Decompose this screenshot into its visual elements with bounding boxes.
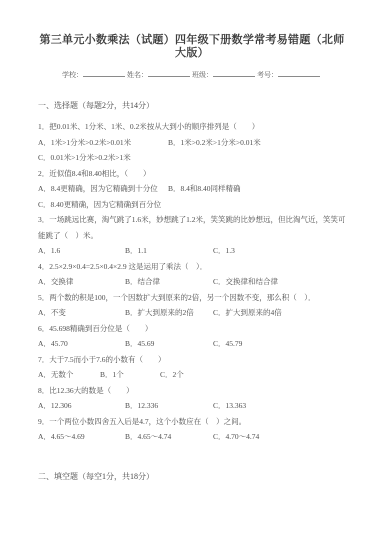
question-2-option-b: B．8.4和8.40同样精确 xyxy=(168,181,241,197)
question-4-options-row: A．交换律 B．结合律 C．交换律和结合律 xyxy=(38,274,346,290)
question-6: 6．45.698精确到百分位是（ ） A．45.70 B．45.69 C．45.… xyxy=(38,321,346,352)
question-3-stem: 3．一场跳远比赛，淘气跳了1.6米，妙想跳了1.2米，笑笑跳的比妙想远，但比淘气… xyxy=(38,212,346,243)
question-8-stem: 8．比12.36大的数是（ ） xyxy=(38,383,346,399)
student-info-line: 学校：姓名：班级：考号： xyxy=(38,68,346,80)
question-6-option-b: B．45.69 xyxy=(125,336,213,352)
question-5: 5．两个数的积是100，一个因数扩大到原来的2倍，另一个因数不变，那么积（ ）．… xyxy=(38,290,346,321)
question-8-option-b: B．12.336 xyxy=(125,398,213,414)
question-5-stem: 5．两个数的积是100，一个因数扩大到原来的2倍，另一个因数不变，那么积（ ）． xyxy=(38,290,346,306)
question-8-option-c: C．13.363 xyxy=(213,398,246,414)
question-1: 1．把0.01米、1分米、1米、0.2米按从大到小的顺序排列是（ ） A．1米>… xyxy=(38,119,346,166)
name-label: 姓名： xyxy=(127,71,148,79)
question-7-options-row: A．无数个 B．1个 C．2个 xyxy=(38,367,346,383)
question-4-option-a: A．交换律 xyxy=(38,274,125,290)
exam-no-blank-line xyxy=(278,68,320,77)
question-5-options-row: A．不变 B．扩大到原来的2倍 C．扩大到原来的4倍 xyxy=(38,305,346,321)
school-label: 学校： xyxy=(62,71,83,79)
exam-paper-page: 第三单元小数乘法（试题）四年级下册数学常考易错题（北师大版） 学校：姓名：班级：… xyxy=(0,0,382,540)
question-2-options-row-1: A．8.4更精确，因为它精确到十分位 B．8.4和8.40同样精确 xyxy=(38,181,346,197)
question-6-stem: 6．45.698精确到百分位是（ ） xyxy=(38,321,346,337)
question-3: 3．一场跳远比赛，淘气跳了1.6米，妙想跳了1.2米，笑笑跳的比妙想远，但比淘气… xyxy=(38,212,346,259)
question-9-stem: 9．一个两位小数四舍五入后是4.7，这个小数应在（ ）之间。 xyxy=(38,414,346,430)
question-1-option-a: A．1米>1分米>0.2米>0.01米 xyxy=(38,135,168,151)
question-9-option-c: C．4.70～4.74 xyxy=(213,429,259,445)
question-6-option-a: A．45.70 xyxy=(38,336,125,352)
question-4-option-b: B．结合律 xyxy=(125,274,213,290)
exam-no-label: 考号： xyxy=(257,71,278,79)
question-9-options-row: A．4.65～4.69 B．4.65～4.74 C．4.70～4.74 xyxy=(38,429,346,445)
question-1-options-row-1: A．1米>1分米>0.2米>0.01米 B．1米>0.2米>1分米>0.01米 xyxy=(38,135,346,151)
question-9-option-b: B．4.65～4.74 xyxy=(125,429,213,445)
question-5-option-c: C．扩大到原来的4倍 xyxy=(213,305,282,321)
question-9: 9．一个两位小数四舍五入后是4.7，这个小数应在（ ）之间。 A．4.65～4.… xyxy=(38,414,346,445)
question-9-option-a: A．4.65～4.69 xyxy=(38,429,125,445)
question-6-option-c: C．45.79 xyxy=(213,336,242,352)
question-2-stem: 2．近似值8.4和8.40相比，（ ） xyxy=(38,166,346,182)
question-5-option-b: B．扩大到原来的2倍 xyxy=(125,305,213,321)
question-2-options-row-2: C．8.40更精确，因为它精确到百分位 xyxy=(38,197,346,213)
question-3-option-c: C．1.3 xyxy=(213,243,235,259)
question-4-option-c: C．交换律和结合律 xyxy=(213,274,278,290)
question-1-options-row-2: C．0.01米>1分米>0.2米>1米 xyxy=(38,150,346,166)
class-blank-line xyxy=(213,68,255,77)
question-2-option-a: A．8.4更精确，因为它精确到十分位 xyxy=(38,181,168,197)
school-blank-line xyxy=(83,68,125,77)
choice-questions: 1．把0.01米、1分米、1米、0.2米按从大到小的顺序排列是（ ） A．1米>… xyxy=(38,119,346,445)
class-label: 班级： xyxy=(192,71,213,79)
question-8-option-a: A．12.306 xyxy=(38,398,125,414)
question-3-option-a: A．1.6 xyxy=(38,243,125,259)
question-7-option-a: A．无数个 xyxy=(38,367,100,383)
question-7-stem: 7．大于7.5而小于7.6的小数有（ ） xyxy=(38,352,346,368)
question-6-options-row: A．45.70 B．45.69 C．45.79 xyxy=(38,336,346,352)
page-title: 第三单元小数乘法（试题）四年级下册数学常考易错题（北师大版） xyxy=(38,34,346,60)
question-7: 7．大于7.5而小于7.6的小数有（ ） A．无数个 B．1个 C．2个 xyxy=(38,352,346,383)
question-4-stem: 4．2.5×2.9×0.4=2.5×0.4×2.9 这是运用了乘法（ ）． xyxy=(38,259,346,275)
section-1-heading: 一、选择题（每题2分，共14分） xyxy=(38,100,346,112)
name-blank-line xyxy=(148,68,190,77)
question-1-stem: 1．把0.01米、1分米、1米、0.2米按从大到小的顺序排列是（ ） xyxy=(38,119,346,135)
question-5-option-a: A．不变 xyxy=(38,305,125,321)
question-4: 4．2.5×2.9×0.4=2.5×0.4×2.9 这是运用了乘法（ ）． A．… xyxy=(38,259,346,290)
question-3-options-row: A．1.6 B．1.1 C．1.3 xyxy=(38,243,346,259)
question-7-option-b: B．1个 xyxy=(100,367,160,383)
section-2-heading: 二、填空题（每空1分，共18分） xyxy=(38,471,346,483)
question-2-option-c: C．8.40更精确，因为它精确到百分位 xyxy=(38,197,161,213)
question-2: 2．近似值8.4和8.40相比，（ ） A．8.4更精确，因为它精确到十分位 B… xyxy=(38,166,346,213)
question-8-options-row: A．12.306 B．12.336 C．13.363 xyxy=(38,398,346,414)
question-8: 8．比12.36大的数是（ ） A．12.306 B．12.336 C．13.3… xyxy=(38,383,346,414)
question-7-option-c: C．2个 xyxy=(160,367,184,383)
question-1-option-b: B．1米>0.2米>1分米>0.01米 xyxy=(168,135,261,151)
question-3-option-b: B．1.1 xyxy=(125,243,213,259)
question-1-option-c: C．0.01米>1分米>0.2米>1米 xyxy=(38,150,131,166)
